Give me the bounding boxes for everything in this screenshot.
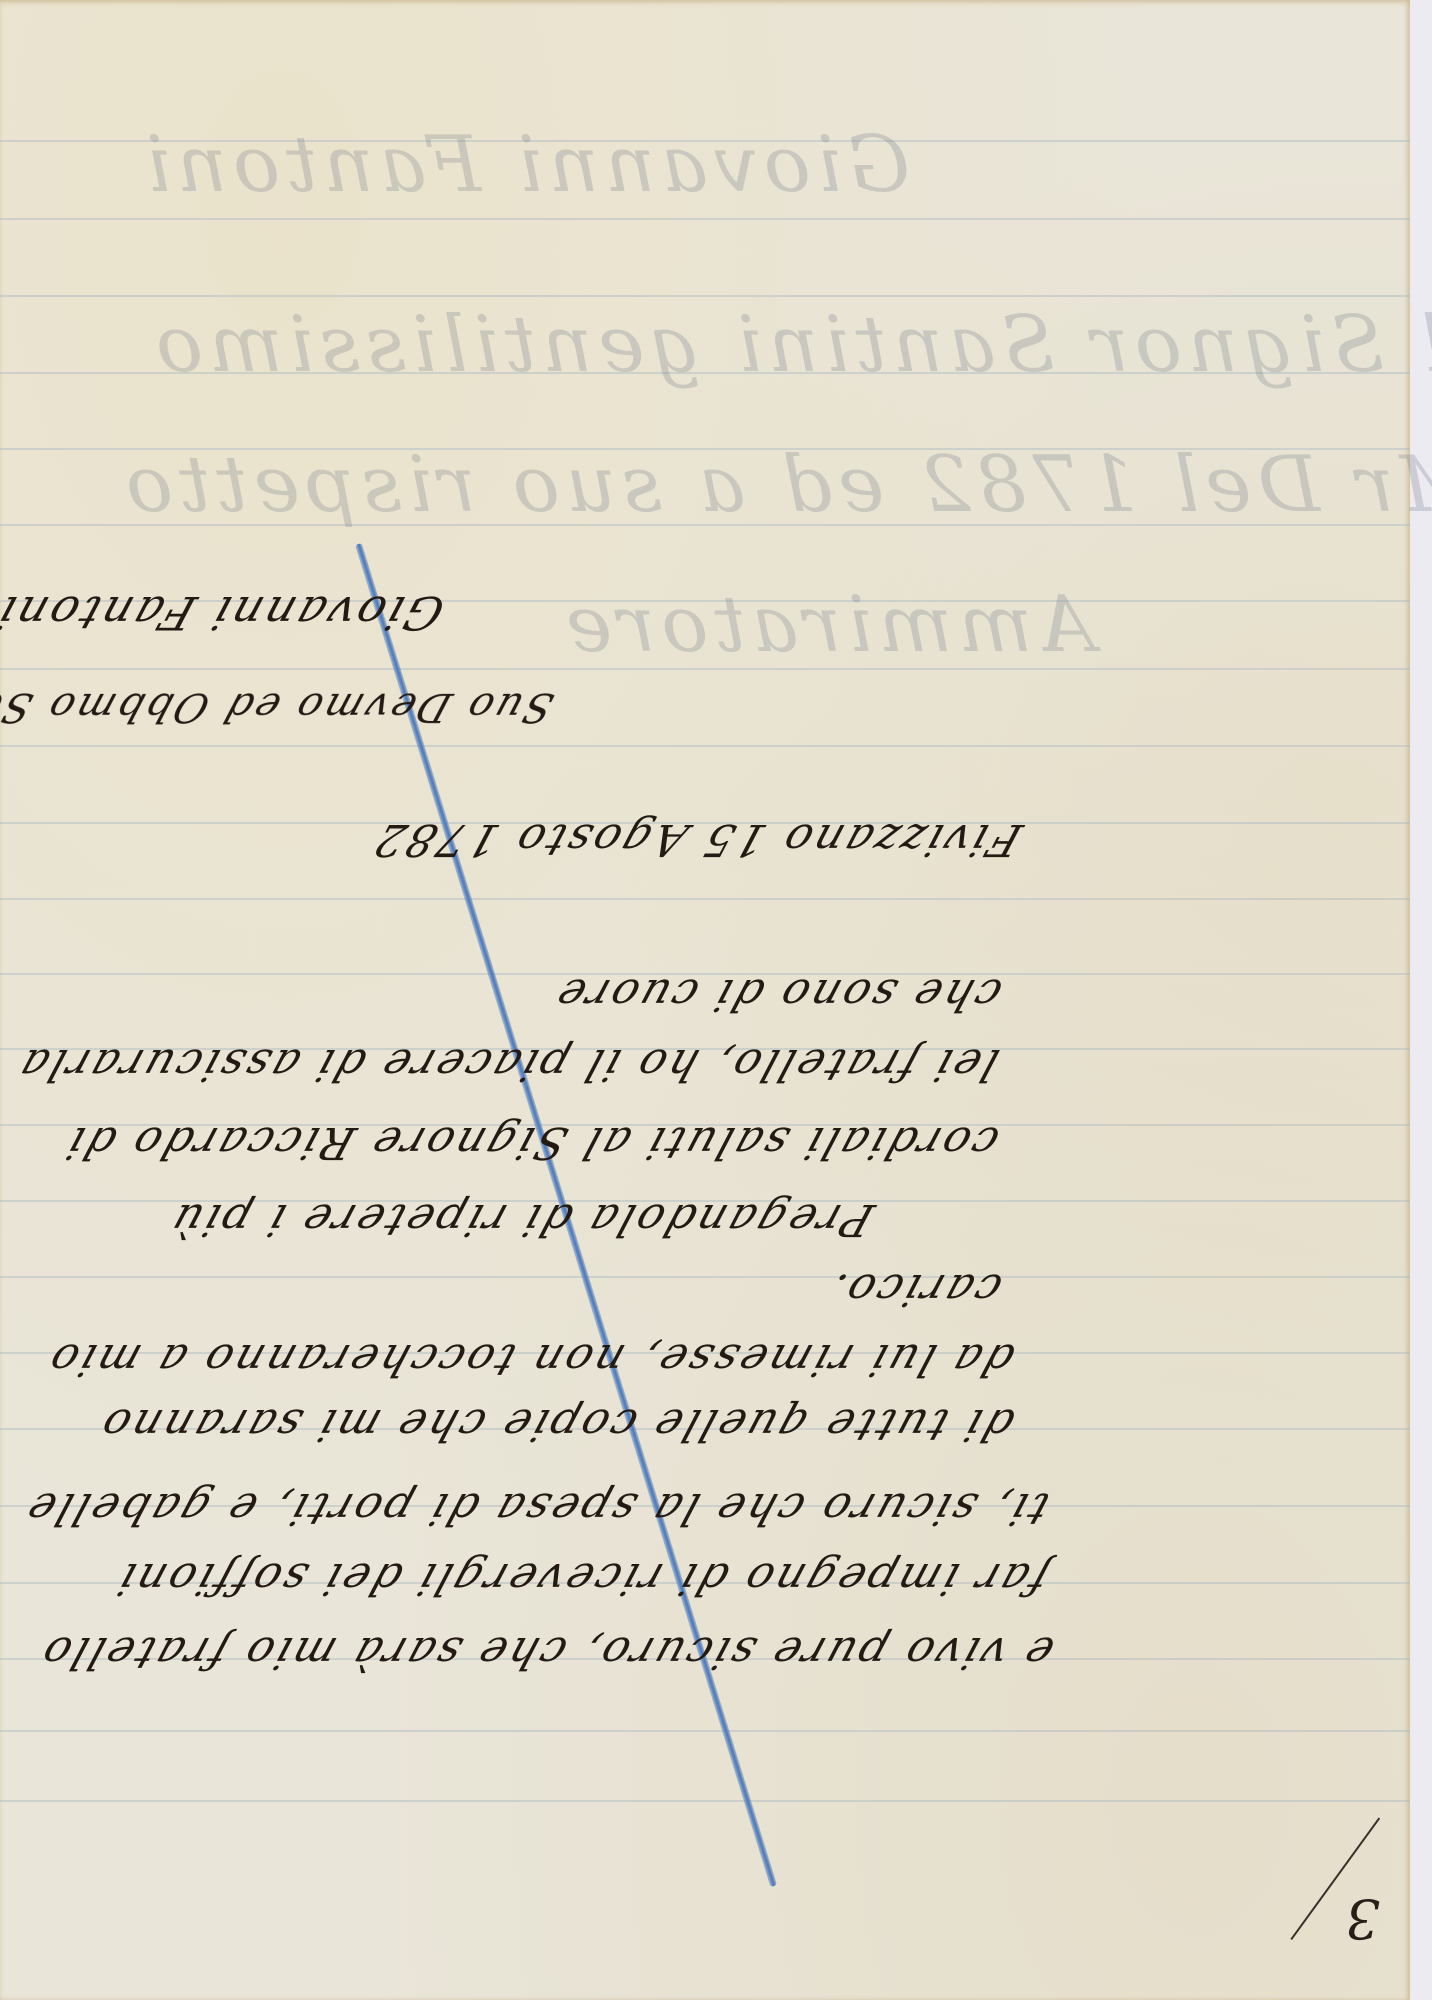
signature: Giovanni Fantoni bbox=[0, 586, 451, 640]
closing-line: lei fratello, ho il piacere di assicurar… bbox=[10, 1039, 1005, 1090]
page-number: 3 bbox=[1346, 1887, 1380, 1950]
letter-line: da lui rimesse, non toccheranno a mio bbox=[40, 1334, 1020, 1385]
closing-line: cordiali saluti al Signore Riccardo di bbox=[58, 1117, 1005, 1168]
closing-line: che sono di cuore bbox=[547, 969, 1008, 1020]
letter-line: carico. bbox=[820, 1264, 1008, 1315]
valediction: Suo Devmo ed Obbmo Servo bbox=[0, 684, 559, 730]
letter-line: ti, sicuro che la spesa di porti, e gabe… bbox=[18, 1483, 1056, 1534]
letter-date: Fivizzano 15 Agosto 1782 bbox=[366, 814, 1029, 865]
letter-line: far impegno di ricevergli dei soffioni bbox=[109, 1553, 1055, 1604]
letter-body-rotated: e vivo pure sicuro, che sarà mio fratell… bbox=[0, 0, 1432, 2000]
closing-line: Pregandola di ripetere i più bbox=[162, 1194, 880, 1245]
letter-line: di tutte quelle copie che mi saranno bbox=[92, 1399, 1020, 1450]
letter-line: e vivo pure sicuro, che sarà mio fratell… bbox=[32, 1627, 1060, 1678]
